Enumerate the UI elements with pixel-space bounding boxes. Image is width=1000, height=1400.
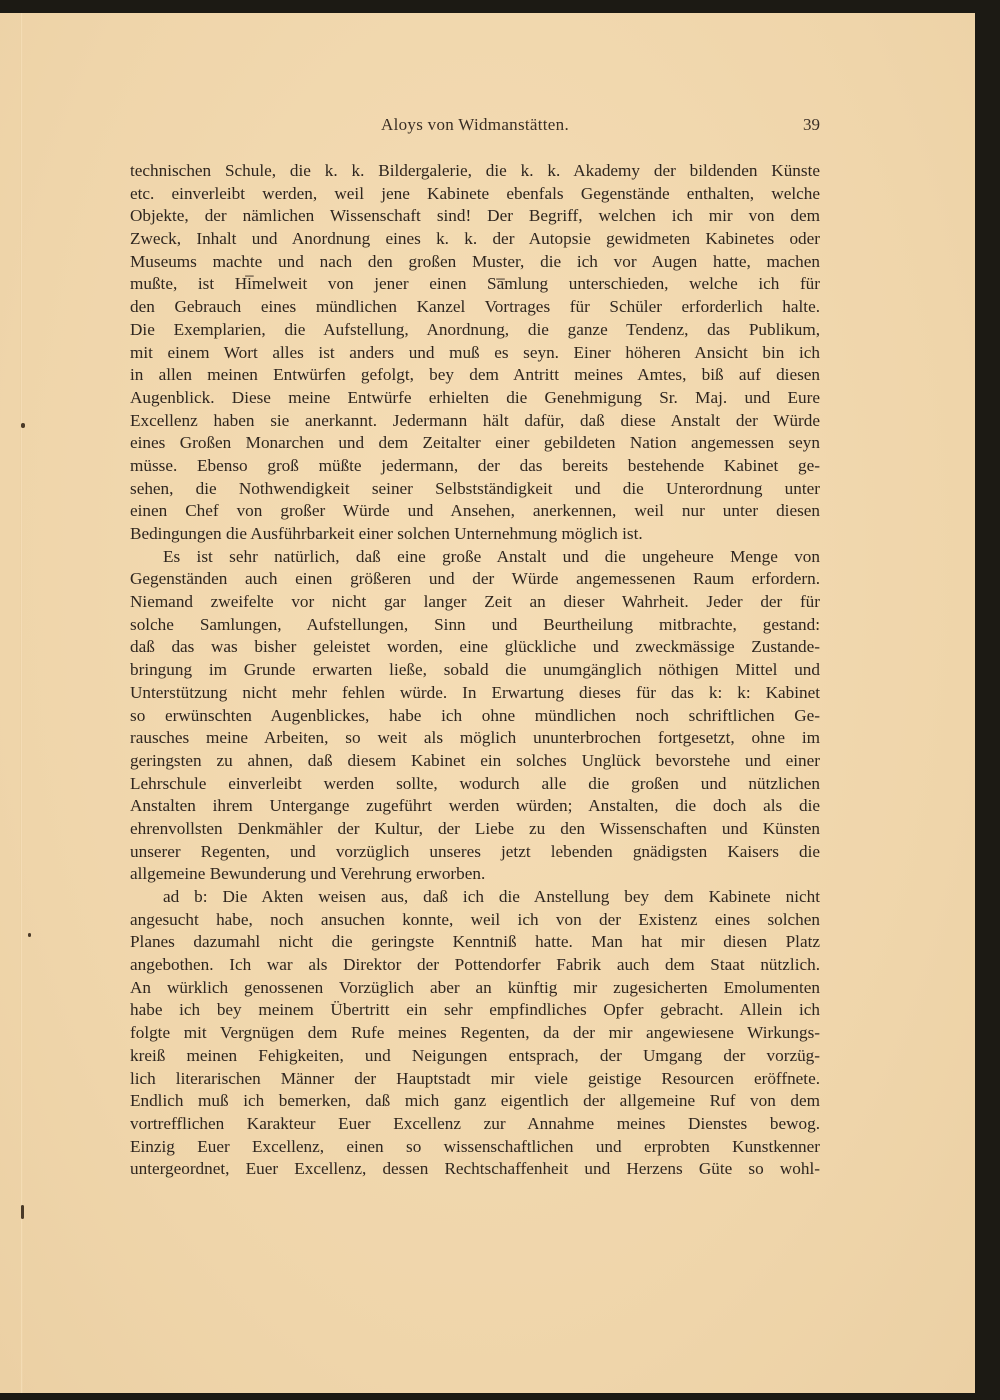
text-line: mit einem Wort alles ist anders und muß …: [130, 342, 820, 365]
text-line: vortrefflichen Karakteur Euer Excellenz …: [130, 1113, 820, 1136]
text-line: Endlich muß ich bemerken, daß mich ganz …: [130, 1090, 820, 1113]
text-line: eines Großen Monarchen und dem Zeitalter…: [130, 432, 820, 455]
text-line: etc. einverleibt werden, weil jene Kabin…: [130, 183, 820, 206]
text-line: Planes dazumahl nicht die geringste Kenn…: [130, 931, 820, 954]
text-line: Bedingungen die Ausführbarkeit einer sol…: [130, 523, 820, 546]
text-line: Niemand zweifelte vor nicht gar langer Z…: [130, 591, 820, 614]
margin-mark: [21, 1205, 24, 1219]
text-line: kreiß meinen Fehigkeiten, und Neigungen …: [130, 1045, 820, 1068]
text-line: Einzig Euer Excellenz, einen so wissensc…: [130, 1136, 820, 1159]
text-line: Lehrschule einverleibt werden sollte, wo…: [130, 773, 820, 796]
text-line: daß das was bisher geleistet worden, ein…: [130, 636, 820, 659]
text-line: rausches meine Arbeiten, so weit als mög…: [130, 727, 820, 750]
text-line: geringsten zu ahnen, daß diesem Kabinet …: [130, 750, 820, 773]
text-line: unserer Regenten, und vorzüglich unseres…: [130, 841, 820, 864]
text-line: Zweck, Inhalt und Anordnung eines k. k. …: [130, 228, 820, 251]
text-line: ehrenvollsten Denkmähler der Kultur, der…: [130, 818, 820, 841]
text-line: solche Samlungen, Aufstellungen, Sinn un…: [130, 614, 820, 637]
page-header: Aloys von Widmanstätten. 39: [130, 115, 820, 141]
paragraph: ad b: Die Akten weisen aus, daß ich die …: [130, 886, 820, 1181]
text-line: angebothen. Ich war als Direktor der Pot…: [130, 954, 820, 977]
text-line: angesucht habe, noch ansuchen konnte, we…: [130, 909, 820, 932]
text-line: bringung im Grunde erwarten ließe, sobal…: [130, 659, 820, 682]
text-line: An würklich genossenen Vorzüglich aber a…: [130, 977, 820, 1000]
body-text: technischen Schule, die k. k. Bildergale…: [130, 160, 820, 1181]
text-line: Augenblick. Diese meine Entwürfe erhielt…: [130, 387, 820, 410]
text-line: Objekte, der nämlichen Wissenschaft sind…: [130, 205, 820, 228]
running-title: Aloys von Widmanstätten.: [130, 115, 820, 135]
text-line: Die Exemplarien, die Aufstellung, Anordn…: [130, 319, 820, 342]
text-line: untergeordnet, Euer Excellenz, dessen Re…: [130, 1158, 820, 1181]
text-line: Anstalten ihrem Untergange zugeführt wer…: [130, 795, 820, 818]
text-line: Es ist sehr natürlich, daß eine große An…: [130, 546, 820, 569]
text-line: so erwünschten Augenblickes, habe ich oh…: [130, 705, 820, 728]
text-line: habe ich bey meinem Übertritt ein sehr e…: [130, 999, 820, 1022]
paragraph: technischen Schule, die k. k. Bildergale…: [130, 160, 820, 546]
page-number: 39: [803, 115, 820, 135]
text-line: mußte, ist Hi̅melweit von jener einen Sa…: [130, 273, 820, 296]
text-line: technischen Schule, die k. k. Bildergale…: [130, 160, 820, 183]
text-line: Gegenständen auch einen größeren und der…: [130, 568, 820, 591]
page-fold-line: [20, 13, 23, 1393]
margin-mark: [21, 423, 25, 428]
text-line: ad b: Die Akten weisen aus, daß ich die …: [130, 886, 820, 909]
text-line: den Gebrauch eines mündlichen Kanzel Vor…: [130, 296, 820, 319]
text-line: in allen meinen Entwürfen gefolgt, bey d…: [130, 364, 820, 387]
text-line: einen Chef von großer Würde und Ansehen,…: [130, 500, 820, 523]
text-line: Museums machte und nach den großen Muste…: [130, 251, 820, 274]
text-line: Unterstützung nicht mehr fehlen würde. I…: [130, 682, 820, 705]
text-line: allgemeine Bewunderung und Verehrung erw…: [130, 863, 820, 886]
text-line: folgte mit Vergnügen dem Rufe meines Reg…: [130, 1022, 820, 1045]
text-line: Excellenz haben sie anerkannt. Jedermann…: [130, 410, 820, 433]
margin-mark: [28, 933, 31, 937]
paragraph: Es ist sehr natürlich, daß eine große An…: [130, 546, 820, 886]
text-line: müsse. Ebenso groß müßte jedermann, der …: [130, 455, 820, 478]
text-line: lich literarischen Männer der Hauptstadt…: [130, 1068, 820, 1091]
text-line: sehen, die Nothwendigkeit seiner Selbsts…: [130, 478, 820, 501]
